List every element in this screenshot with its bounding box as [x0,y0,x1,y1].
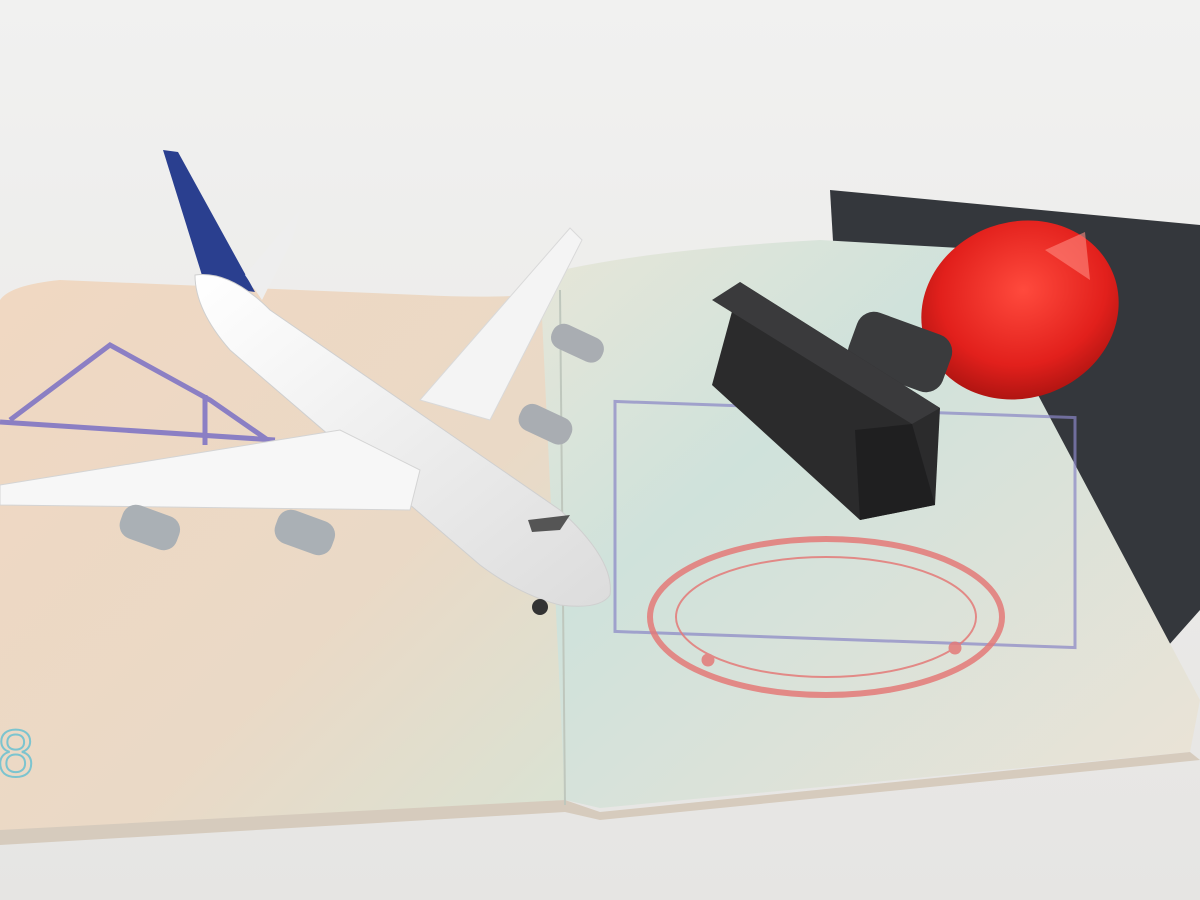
photo-scene [0,0,1200,900]
passport-page-number: 8 [0,718,35,791]
